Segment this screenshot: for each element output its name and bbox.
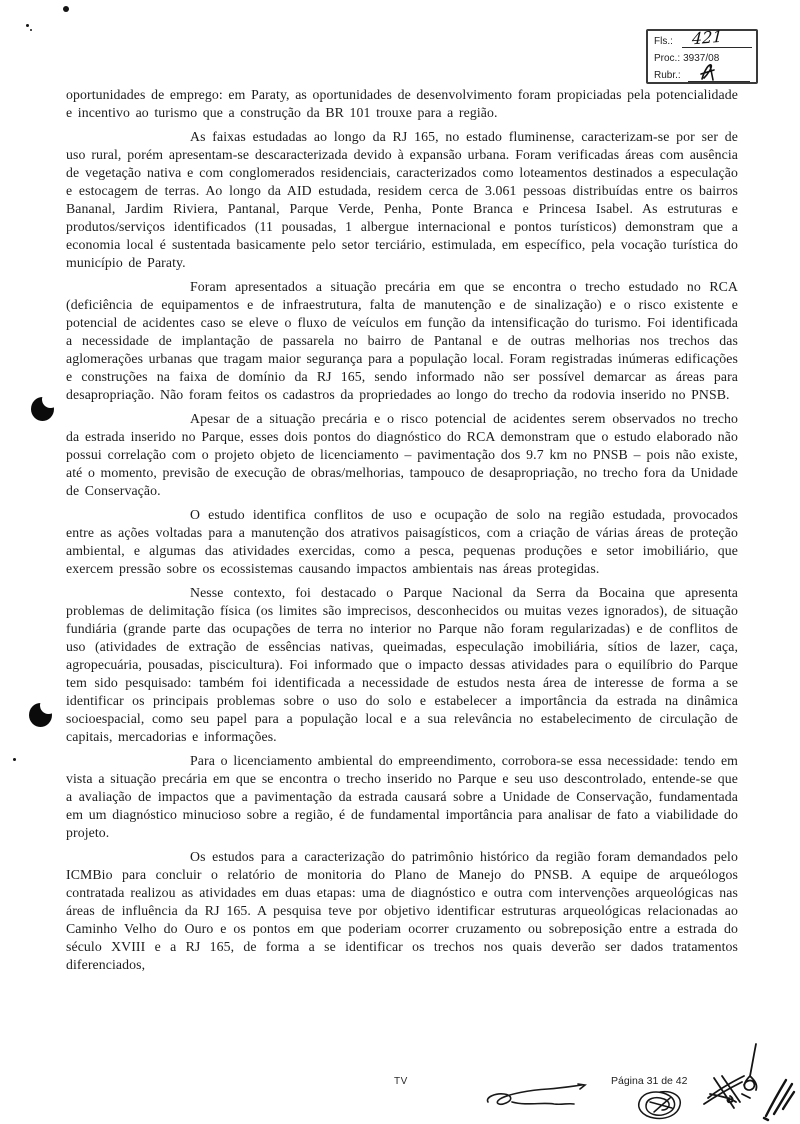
rubr-label: Rubr.:: [654, 67, 681, 84]
stamp-rubr-row: Rubr.:: [654, 67, 751, 84]
body-paragraph: Os estudos para a caracterização do patr…: [66, 848, 738, 974]
circular-scribble-icon: [634, 1088, 686, 1122]
body-paragraph: oportunidades de emprego: em Paraty, as …: [66, 86, 738, 122]
proc-label: Proc.:: [654, 50, 680, 67]
document-body: oportunidades de emprego: em Paraty, as …: [66, 86, 738, 980]
ink-speck: [26, 24, 29, 27]
fls-handwritten-value: 421: [692, 28, 723, 48]
fls-underline: [682, 47, 752, 48]
ink-speck: [13, 758, 16, 761]
rubr-underline: [688, 81, 750, 82]
ink-speck: [30, 29, 32, 31]
rubric-initial-handwriting: [698, 61, 720, 89]
signature-scribble-icon: [482, 1082, 592, 1114]
scanned-document-page: Fls.: 421 Proc.:3937/08 Rubr.: oportunid…: [0, 0, 800, 1124]
double-slash-icon: [758, 1078, 798, 1122]
crescent-mark-icon: [29, 703, 52, 727]
body-paragraph: Para o licenciamento ambiental do empree…: [66, 752, 738, 842]
fls-label: Fls.:: [654, 33, 673, 50]
stamp-fls-row: Fls.: 421: [654, 33, 751, 50]
footer-initials: TV: [394, 1076, 408, 1087]
body-paragraph: Nesse contexto, foi destacado o Parque N…: [66, 584, 738, 746]
crescent-bite-shape: [40, 697, 57, 714]
ink-speck: [63, 6, 69, 12]
crescent-mark-icon: [31, 397, 54, 421]
body-paragraph: Foram apresentados a situação precária e…: [66, 278, 738, 404]
body-paragraph: As faixas estudadas ao longo da RJ 165, …: [66, 128, 738, 272]
crescent-bite-shape: [42, 391, 59, 408]
body-paragraph: O estudo identifica conflitos de uso e o…: [66, 506, 738, 578]
page-indicator: Página 31 de 42: [611, 1075, 687, 1087]
process-stamp-box: Fls.: 421 Proc.:3937/08 Rubr.:: [646, 29, 758, 84]
body-paragraph: Apesar de a situação precária e o risco …: [66, 410, 738, 500]
